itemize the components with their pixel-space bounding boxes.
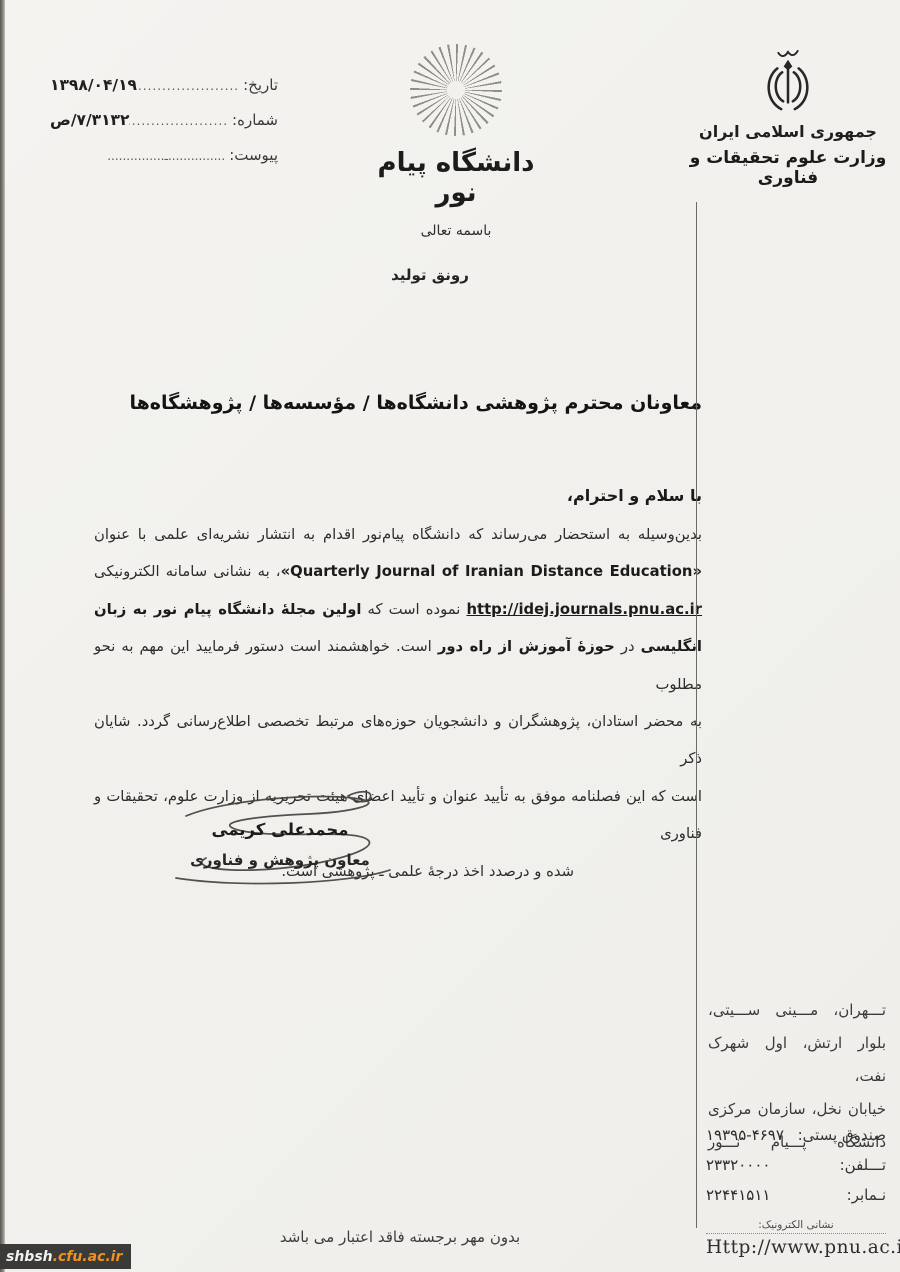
fax-label: نـمابر:	[847, 1186, 886, 1204]
year-slogan: رونق تولید	[370, 266, 490, 284]
postal-box-value: ۱۹۳۹۵-۴۶۹۷	[706, 1126, 784, 1144]
address-line: بلوار ارتش، اول شهرک نفت،	[708, 1027, 886, 1093]
date-row: تاریخ: .......................... ۱۳۹۸/۰…	[50, 76, 278, 111]
body-line: به محضر استادان، پژوهشگران و دانشجویان ح…	[94, 703, 702, 778]
body-segment: انگلیسی	[641, 638, 702, 655]
body-segment: به محضر استادان، پژوهشگران و دانشجویان ح…	[94, 713, 702, 767]
date-value: ۱۳۹۸/۰۴/۱۹	[50, 76, 137, 94]
iran-emblem-icon	[757, 44, 819, 118]
fax-value: ۲۲۴۴۱۵۱۱	[706, 1186, 770, 1204]
phone-value: ۲۳۳۲۰۰۰۰	[706, 1156, 770, 1174]
embossed-stamp-note: بدون مهر برجسته فاقد اعتبار می باشد	[230, 1228, 570, 1246]
scan-edge-shadow	[0, 0, 5, 1272]
body-line: http://idej.journals.pnu.ac.ir نموده است…	[94, 591, 702, 628]
email-caption: نشانی الکترونیک:	[706, 1219, 886, 1234]
university-name: دانشگاه پیام نور	[366, 148, 546, 208]
journal-url-link[interactable]: http://idej.journals.pnu.ac.ir	[466, 601, 702, 618]
signatory-title: معاون پژوهش و فناوری	[158, 851, 402, 869]
signatory-name: محمدعلی کریمی	[158, 820, 402, 839]
ministry-header: جمهوری اسلامی ایران وزارت علوم تحقیقات و…	[688, 44, 888, 188]
website-link[interactable]: Http://www.pnu.ac.ir	[706, 1237, 886, 1258]
signature-block: محمدعلی کریمی معاون پژوهش و فناوری	[158, 790, 402, 869]
contact-block: صندوق پستی: ۱۹۳۹۵-۴۶۹۷ تـــلفن: ۲۳۳۲۰۰۰۰…	[706, 1126, 886, 1258]
body-segment: نموده است که	[361, 601, 466, 618]
date-label: تاریخ:	[243, 76, 278, 94]
body-line: «Quarterly Journal of Iranian Distance E…	[94, 553, 702, 590]
phone-label: تـــلفن:	[840, 1156, 886, 1174]
attachment-row: پیوست: ...............ـ...............	[50, 146, 278, 181]
basmala-text: باسمه تعالی	[366, 223, 546, 239]
body-segment: «Quarterly Journal of Iranian Distance E…	[281, 563, 702, 580]
body-line: بدین‌وسیله به استحضار می‌رساند که دانشگا…	[94, 516, 702, 553]
body-line: انگلیسی در حوزهٔ آموزش از راه دور است. خ…	[94, 628, 702, 703]
address-line: خیابان نخل، سازمان مرکزی	[708, 1093, 886, 1126]
scanned-letter-page: تاریخ: .......................... ۱۳۹۸/۰…	[0, 0, 900, 1272]
watermark-suffix: .cfu.ac.ir	[53, 1249, 123, 1265]
pnu-sunburst-logo-icon	[410, 44, 502, 136]
university-header: دانشگاه پیام نور باسمه تعالی	[366, 44, 546, 239]
number-label: شماره:	[232, 111, 278, 129]
body-segment: حوزهٔ آموزش از راه دور	[438, 638, 615, 655]
site-watermark: shbsh.cfu.ac.ir	[0, 1244, 131, 1269]
salutation: با سلام و احترام،	[567, 486, 702, 505]
attachment-dotted-line: ...............ـ...............	[50, 149, 225, 163]
letter-meta-block: تاریخ: .......................... ۱۳۹۸/۰…	[50, 76, 278, 181]
address-line: تـــهران، مـــینی ســـیتی،	[708, 994, 886, 1027]
body-segment: بدین‌وسیله به استحضار می‌رساند که دانشگا…	[94, 526, 702, 543]
fax-row: نـمابر: ۲۲۴۴۱۵۱۱	[706, 1186, 886, 1216]
phone-row: تـــلفن: ۲۳۳۲۰۰۰۰	[706, 1156, 886, 1186]
body-segment: اولین مجلهٔ دانشگاه پیام نور به زبان	[94, 601, 361, 618]
recipient-heading: معاونان محترم پژوهشی دانشگاه‌ها / مؤسسه‌…	[130, 392, 703, 414]
body-segment: در	[615, 638, 641, 655]
number-row: شماره: .......................... ۷/۳۱۳۲…	[50, 111, 278, 146]
ministry-line2: وزارت علوم تحقیقات و فناوری	[688, 148, 888, 188]
attachment-label: پیوست:	[229, 146, 278, 164]
number-value: ۷/۳۱۳۲/ص	[50, 111, 129, 129]
date-dotted-line: ..........................	[137, 79, 239, 93]
vertical-divider	[696, 202, 697, 1228]
body-segment: ، به نشانی سامانه الکترونیکی	[94, 563, 281, 580]
postal-box-row: صندوق پستی: ۱۹۳۹۵-۴۶۹۷	[706, 1126, 886, 1156]
ministry-line1: جمهوری اسلامی ایران	[688, 122, 888, 141]
number-dotted-line: ..........................	[129, 114, 228, 128]
postal-box-label: صندوق پستی:	[798, 1126, 886, 1144]
watermark-prefix: shbsh	[6, 1249, 53, 1265]
